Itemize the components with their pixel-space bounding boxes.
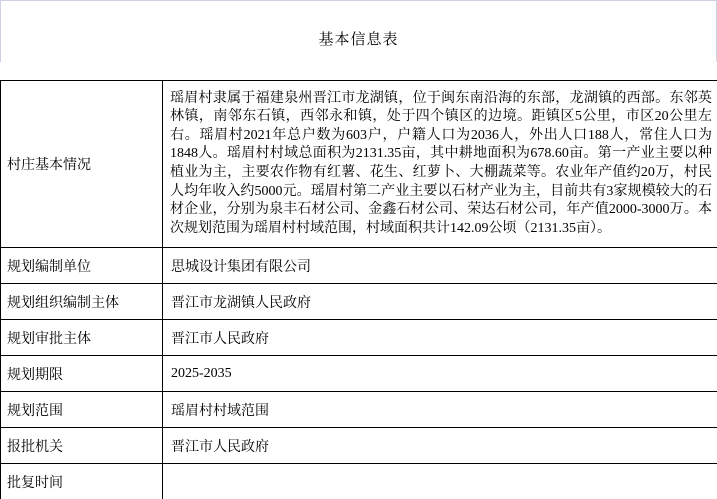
basic-info-table: 村庄基本情况 瑶眉村隶属于福建泉州晋江市龙湖镇，位于闽东南沿海的东部，龙湖镇的西…	[0, 80, 717, 499]
row-label: 规划范围	[1, 392, 163, 428]
table-row: 规划范围 瑶眉村村域范围	[1, 392, 717, 428]
village-overview-text: 瑶眉村隶属于福建泉州晋江市龙湖镇，位于闽东南沿海的东部，龙湖镇的西部。东邻英林镇…	[170, 90, 712, 239]
row-value: 瑶眉村隶属于福建泉州晋江市龙湖镇，位于闽东南沿海的东部，龙湖镇的西部。东邻英林镇…	[163, 81, 717, 248]
row-value: 晋江市人民政府	[163, 320, 717, 356]
row-label: 规划编制单位	[1, 248, 163, 284]
table-row: 村庄基本情况 瑶眉村隶属于福建泉州晋江市龙湖镇，位于闽东南沿海的东部，龙湖镇的西…	[1, 81, 717, 248]
row-label: 报批机关	[1, 428, 163, 464]
document-page: 基本信息表 村庄基本情况 瑶眉村隶属于福建泉州晋江市龙湖镇，位于闽东南沿海的东部…	[0, 0, 717, 499]
page-title: 基本信息表	[318, 14, 398, 49]
row-label: 规划审批主体	[1, 320, 163, 356]
row-value	[163, 464, 717, 499]
row-value: 2025-2035	[163, 356, 717, 392]
row-label: 规划组织编制主体	[1, 284, 163, 320]
table-row: 批复时间	[1, 464, 717, 499]
row-value: 思城设计集团有限公司	[163, 248, 717, 284]
row-value: 晋江市人民政府	[163, 428, 717, 464]
row-label: 规划期限	[1, 356, 163, 392]
table-row: 报批机关 晋江市人民政府	[1, 428, 717, 464]
row-value: 晋江市龙湖镇人民政府	[163, 284, 717, 320]
table-row: 规划编制单位 思城设计集团有限公司	[1, 248, 717, 284]
row-label: 村庄基本情况	[1, 81, 163, 248]
title-frame: 基本信息表	[0, 0, 717, 62]
table-row: 规划组织编制主体 晋江市龙湖镇人民政府	[1, 284, 717, 320]
table-row: 规划期限 2025-2035	[1, 356, 717, 392]
row-value: 瑶眉村村域范围	[163, 392, 717, 428]
table-row: 规划审批主体 晋江市人民政府	[1, 320, 717, 356]
title-area: 基本信息表	[0, 0, 717, 80]
row-label: 批复时间	[1, 464, 163, 499]
